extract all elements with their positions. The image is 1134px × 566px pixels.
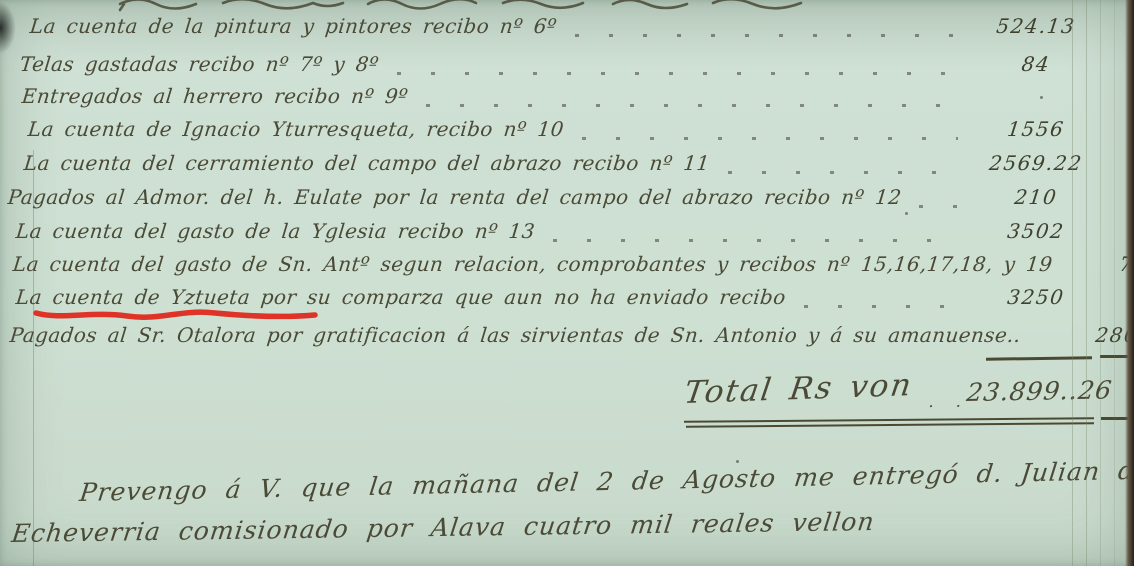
total-amount: 23.899..26	[965, 375, 1114, 407]
ledger-row: La cuenta del cerramiento del campo del …	[24, 151, 1100, 181]
fold-crease	[33, 150, 34, 566]
entry-amount: 3250	[971, 285, 1102, 309]
entry-text: La cuenta de Ignacio Yturresqueta, recib…	[27, 117, 565, 141]
entry-amount: 210	[971, 185, 1102, 209]
ledger-row: La cuenta del gasto de la Yglesia recibo…	[16, 219, 1100, 249]
entry-amount: 2569.22	[971, 151, 1102, 175]
red-underline-annotation	[32, 304, 322, 324]
dotted-leader	[728, 171, 958, 174]
total-underline-bottom	[686, 422, 1094, 428]
cut-off-handwriting-fragment	[118, 0, 818, 10]
dotted-leader	[804, 305, 958, 308]
ink-speck	[736, 460, 739, 463]
ledger-row: La cuenta de Ignacio Yturresqueta, recib…	[28, 117, 1100, 147]
note-line: Prevengo á V. que la mañana del 2 de Ago…	[78, 456, 1134, 507]
page-edge	[1125, 0, 1134, 566]
dotted-leader	[553, 239, 958, 242]
entry-amount: 3502	[971, 219, 1102, 243]
entry-amount: 1556	[971, 117, 1102, 141]
ledger-row: La cuenta del gasto de Sn. Antº segun re…	[13, 252, 1100, 282]
dotted-leader	[582, 137, 958, 140]
note-line: Echeverria comisionado por Alava cuatro …	[10, 507, 877, 548]
ruled-line	[1072, 0, 1073, 566]
ink-speck	[905, 212, 908, 215]
entry-text: La cuenta del gasto de la Yglesia recibo…	[15, 219, 537, 243]
dotted-leader	[575, 34, 958, 37]
ledger-row: Telas gastadas recibo nº 7º y 8º 84	[20, 52, 1100, 82]
entry-text: Telas gastadas recibo nº 7º y 8º	[19, 52, 380, 76]
ruled-line	[1100, 0, 1101, 566]
total-leader-dots: . .	[928, 392, 968, 411]
ledger-row: La cuenta de la pintura y pintores recib…	[30, 14, 1100, 44]
ruled-line	[1114, 0, 1115, 566]
entry-text: La cuenta del cerramiento del campo del …	[23, 151, 711, 175]
entry-text: Entregados al herrero recibo nº 9º	[21, 84, 410, 108]
ruled-line	[1086, 0, 1087, 566]
entry-text: Pagados al Sr. Otalora por gratificacion…	[9, 323, 1022, 347]
total-label: Total Rs von	[682, 367, 915, 411]
entry-text: Pagados al Admor. del h. Eulate por la r…	[7, 185, 903, 209]
entry-text: La cuenta de la pintura y pintores recib…	[29, 14, 558, 38]
entry-text: La cuenta del gasto de Sn. Antº segun re…	[12, 252, 1054, 276]
entry-amount: 84	[971, 52, 1102, 76]
entry-amount: 524.13	[971, 14, 1102, 38]
ledger-row: Entregados al herrero recibo nº 9º	[22, 84, 1100, 114]
ink-speck	[1040, 96, 1043, 99]
dotted-leader	[426, 104, 958, 107]
ledger-row: Pagados al Admor. del h. Eulate por la r…	[8, 185, 1100, 215]
ledger-page: La cuenta de la pintura y pintores recib…	[0, 0, 1134, 566]
dotted-leader	[919, 205, 958, 208]
dotted-leader	[397, 72, 958, 75]
ledger-row: Pagados al Sr. Otalora por gratificacion…	[10, 323, 1100, 353]
entry-amount: 280	[1051, 323, 1134, 347]
sum-rule	[986, 356, 1092, 360]
paper-smudge	[0, 2, 16, 54]
